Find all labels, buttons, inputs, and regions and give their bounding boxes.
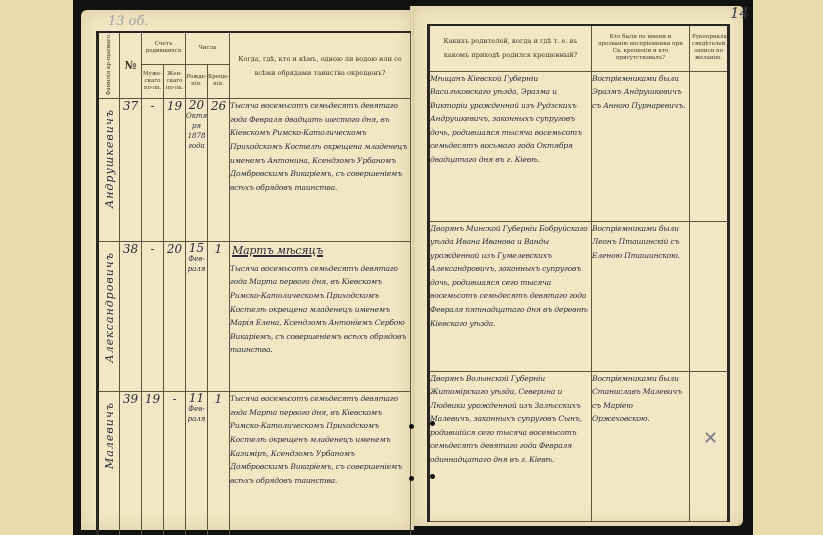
ink-blot-icon [430,421,435,426]
female-count: 20 [164,242,186,392]
baptism-cell: Мартъ мѣсяцъТысяча восемьсотъ семьдесятъ… [230,242,411,392]
signature-cell [690,221,729,371]
header-male: Муже-скаго по-ла. [142,64,164,99]
header-number: № [120,32,142,99]
x-mark-icon: ✕ [703,428,718,449]
birth-date: 20Октяб-ря 1878 года [186,99,208,242]
baptism-day: 1 [208,392,230,535]
header-count-group: Счетъ родившихся [142,32,186,64]
female-count: 19 [164,99,186,242]
record-number: 39 [120,392,142,535]
baptism-day: 26 [208,99,230,242]
parents-text: Дворянъ Волынской Губерніи Житомірскаго … [429,371,592,521]
header-when-where: Когда, гдѣ, кто и кѣмъ, одною ли водою и… [230,32,411,99]
male-count: 19 [142,392,164,535]
surname-cell: Андрушкевичъ [98,99,120,242]
header-godparents: Кто были по имени и прозванію воспріемни… [592,25,690,71]
surname-cell: Малевичъ [98,392,120,535]
male-count: - [142,99,164,242]
godparents-text: Воспріемниками были Эразмъ Андрушкевичъ … [592,71,690,221]
parents-text: Дворянъ Минской Губерніи Бобруйскаго уѣз… [429,221,592,371]
header-surname: Фамилія кр-щаемаго. [98,32,120,99]
godparents-text: Воспріемниками были Леонъ Пташинскій съ … [592,221,690,371]
header-dates-group: Числа [186,32,230,64]
signature-cell [690,71,729,221]
register-left-table: Фамилія кр-щаемаго. № Счетъ родившихся Ч… [96,31,411,535]
record-row: Дворянъ Волынской Губерніи Житомірскаго … [429,371,729,521]
male-count: - [142,242,164,392]
record-row: Дворянъ Минской Губерніи Бобруйскаго уѣз… [429,221,729,371]
month-heading: Мартъ мѣсяцъ [232,244,410,258]
baptism-text: Тысяча восемьсотъ семьдесятъ девятаго го… [230,392,411,535]
godparents-text: Воспріемниками были Станиславъ Малевичъ … [592,371,690,521]
header-parents: Какихъ родителей, когда и гдѣ т. е. въ к… [429,25,592,71]
birth-date: 15Фев-раля [186,242,208,392]
header-born: Рожде-нія. [186,64,208,99]
baptism-text: Тысяча восемьсотъ семьдесятъ девятаго го… [230,99,411,242]
record-row: Малевичъ 39 19 - 11Фев-раля 1 Тысяча вос… [98,392,411,535]
header-baptized: Креще-нія. [208,64,230,99]
record-row: Мѣщанъ Кіевской Губерніи Васильковскаго … [429,71,729,221]
record-row: Андрушкевичъ 37 - 19 20Октяб-ря 1878 год… [98,99,411,242]
baptism-day: 1 [208,242,230,392]
ink-blot-icon [409,476,414,481]
parents-text: Мѣщанъ Кіевской Губерніи Васильковскаго … [429,71,592,221]
ink-blot-icon [409,424,414,429]
birth-date: 11Фев-раля [186,392,208,535]
header-signature: Рукоприкладство свидѣтелей записи по жел… [690,25,729,71]
record-number: 37 [120,99,142,242]
surname-cell: Александровичъ [98,242,120,392]
register-right-table: Какихъ родителей, когда и гдѣ т. е. въ к… [427,24,730,522]
ink-blot-icon [430,474,435,479]
record-number: 38 [120,242,142,392]
record-row: Александровичъ 38 - 20 15Фев-раля 1 Март… [98,242,411,392]
left-page-number: 13 об. [108,14,149,29]
header-female: Жен-скаго по-ла. [164,64,186,99]
baptism-text: Тысяча восемьсотъ семьдесятъ девятаго го… [230,264,406,355]
female-count: - [164,392,186,535]
right-page-number: 14 [730,4,749,22]
